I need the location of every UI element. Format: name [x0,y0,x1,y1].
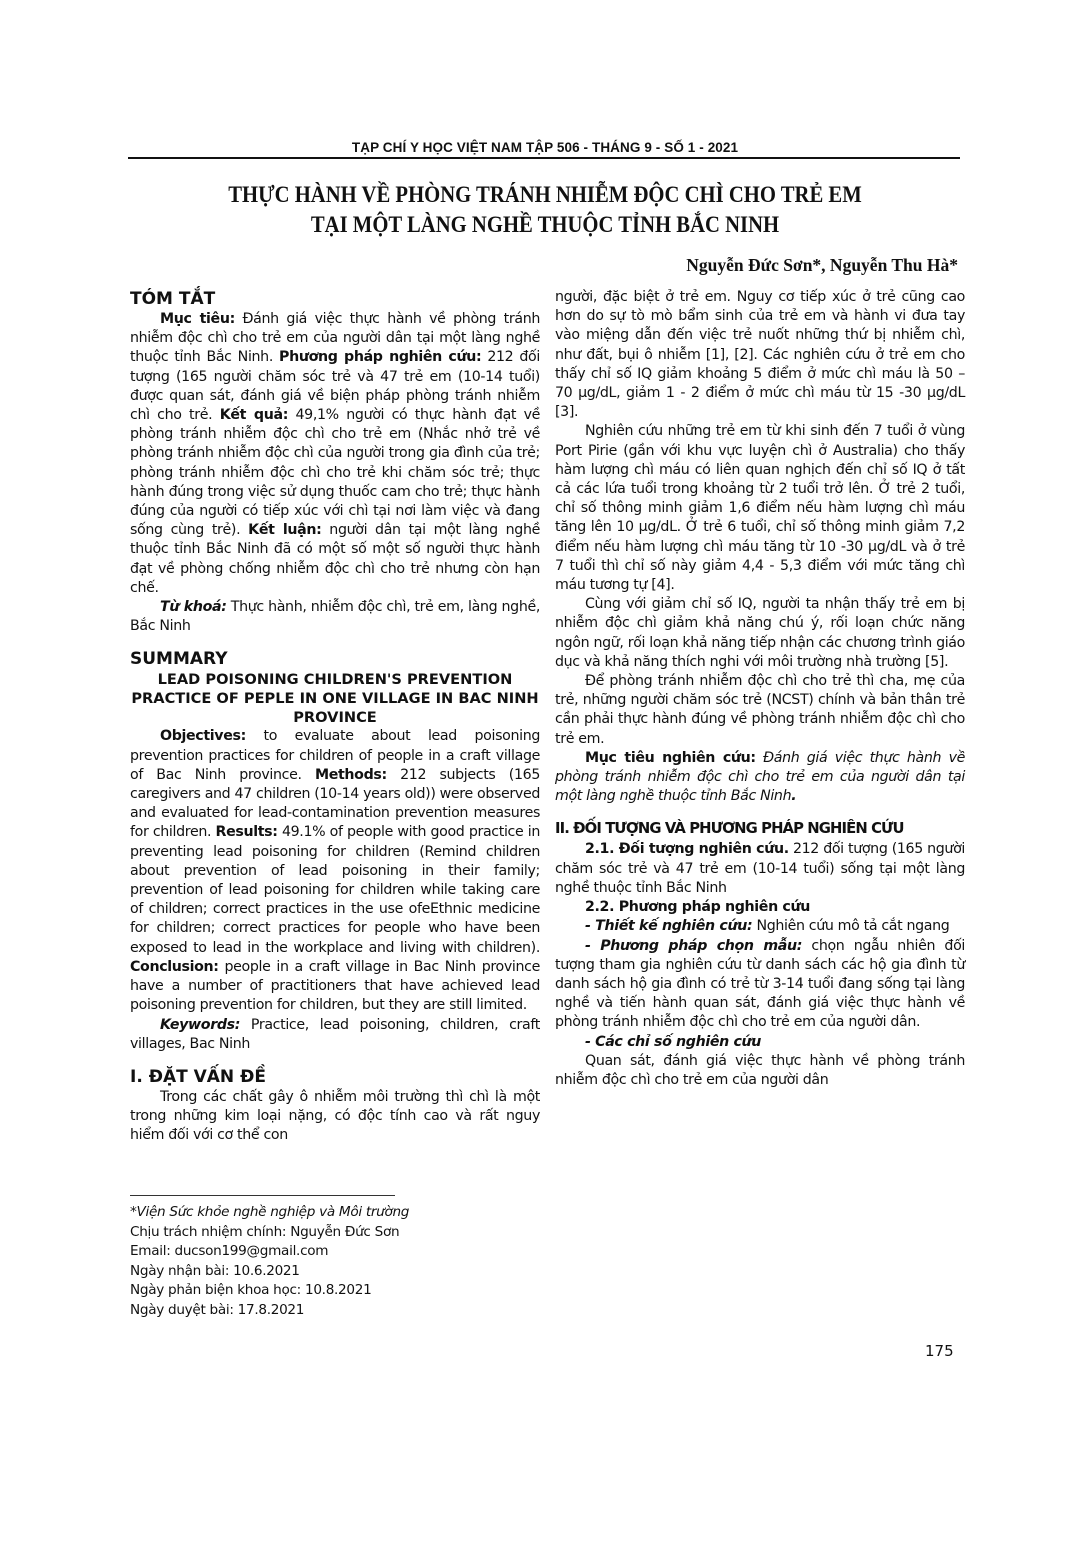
sampling-label: - Phương pháp chọn mẫu: [585,938,802,954]
aim-period: . [791,788,796,804]
indicators-heading: - Các chỉ số nghiên cứu [555,1033,965,1052]
keywords-vi-label: Từ khoá: [160,599,227,615]
sampling-method: - Phương pháp chọn mẫu: chọn ngẫu nhiên … [555,937,965,1033]
abstract-vi-body: Mục tiêu: Đánh giá việc thực hành về phò… [130,310,540,598]
conclusion-label: Kết luận: [248,522,321,538]
page-number: 175 [925,1342,954,1360]
running-head: TẠP CHÍ Y HỌC VIỆT NAM TẬP 506 - THÁNG 9… [130,140,960,155]
subsection-2-1-label: 2.1. Đối tượng nghiên cứu. [585,841,789,857]
section-1-paragraph-4: Để phòng tránh nhiễm độc chì cho trẻ thì… [555,672,965,749]
section-1-paragraph-2: Nghiên cứu những trẻ em từ khi sinh đến … [555,422,965,595]
abstract-en-title: LEAD POISONING CHILDREN'S PREVENTION PRA… [130,670,540,727]
methods-en-label: Methods: [315,767,387,783]
conclusion-en-label: Conclusion: [130,959,219,975]
section-1-heading: I. ĐẶT VẤN ĐỀ [130,1066,540,1088]
article-title: THỰC HÀNH VỀ PHÒNG TRÁNH NHIỄM ĐỘC CHÌ C… [180,180,910,240]
research-aim: Mục tiêu nghiên cứu: Đánh giá việc thực … [555,749,965,807]
title-line-2: TẠI MỘT LÀNG NGHỀ THUỘC TỈNH BẮC NINH [180,210,910,240]
abstract-vi-heading: TÓM TẮT [130,288,540,310]
subsection-2-2-heading: 2.2. Phương pháp nghiên cứu [555,898,965,917]
keywords-en-label: Keywords: [160,1017,240,1033]
header-rule [128,157,960,159]
results-label: Kết quả: [220,407,288,423]
date-received: Ngày nhận bài: 10.6.2021 [130,1262,540,1282]
results-text: 49,1% người có thực hành đạt về phòng tr… [130,407,540,538]
affiliation-note: *Viện Sức khỏe nghề nghiệp và Môi trường [130,1203,540,1223]
subsection-2-1: 2.1. Đối tượng nghiên cứu. 212 đối tượng… [555,840,965,898]
section-1-paragraph-3: Cùng với giảm chỉ số IQ, người ta nhận t… [555,595,965,672]
date-accepted: Ngày duyệt bài: 17.8.2021 [130,1301,540,1321]
date-reviewed: Ngày phản biện khoa học: 10.8.2021 [130,1281,540,1301]
results-en-label: Results: [216,824,278,840]
right-column: người, đặc biệt ở trẻ em. Nguy cơ tiếp x… [555,288,965,1090]
section-2-heading: II. ĐỐI TƯỢNG VÀ PHƯƠNG PHÁP NGHIÊN CỨU [555,818,965,840]
study-design-text: Nghiên cứu mô tả cắt ngang [752,918,949,934]
footnote-rule [130,1195,395,1196]
abstract-en-body: Objectives: to evaluate about lead poiso… [130,727,540,1015]
section-1-paragraph-1-cont: người, đặc biệt ở trẻ em. Nguy cơ tiếp x… [555,288,965,422]
keywords-vi: Từ khoá: Thực hành, nhiễm độc chì, trẻ e… [130,598,540,636]
objective-label: Mục tiêu: [160,311,235,327]
spacer [130,636,540,648]
left-column: TÓM TẮT Mục tiêu: Đánh giá việc thực hàn… [130,288,540,1146]
keywords-en: Keywords: Practice, lead poisoning, chil… [130,1016,540,1054]
spacer [555,806,965,818]
indicators-text: Quan sát, đánh giá việc thực hành về phò… [555,1052,965,1090]
responsible-author: Chịu trách nhiệm chính: Nguyễn Đức Sơn [130,1223,540,1243]
author-list: Nguyễn Đức Sơn*, Nguyễn Thu Hà* [686,255,958,276]
title-line-1: THỰC HÀNH VỀ PHÒNG TRÁNH NHIỄM ĐỘC CHÌ C… [180,180,910,210]
methods-label: Phương pháp nghiên cứu: [279,349,481,365]
study-design-label: - Thiết kế nghiên cứu: [585,918,752,934]
spacer [130,1054,540,1066]
study-design: - Thiết kế nghiên cứu: Nghiên cứu mô tả … [555,917,965,936]
section-1-paragraph-1-start: Trong các chất gây ô nhiễm môi trường th… [130,1088,540,1146]
abstract-en-heading: SUMMARY [130,648,540,670]
aim-label: Mục tiêu nghiên cứu: [585,750,756,766]
footnotes: *Viện Sức khỏe nghề nghiệp và Môi trường… [130,1203,540,1320]
results-en-text: 49.1% of people with good practice in pr… [130,824,540,955]
objectives-label: Objectives: [160,728,246,744]
journal-page: TẠP CHÍ Y HỌC VIỆT NAM TẬP 506 - THÁNG 9… [0,0,1090,1541]
author-email: Email: ducson199@gmail.com [130,1242,540,1262]
